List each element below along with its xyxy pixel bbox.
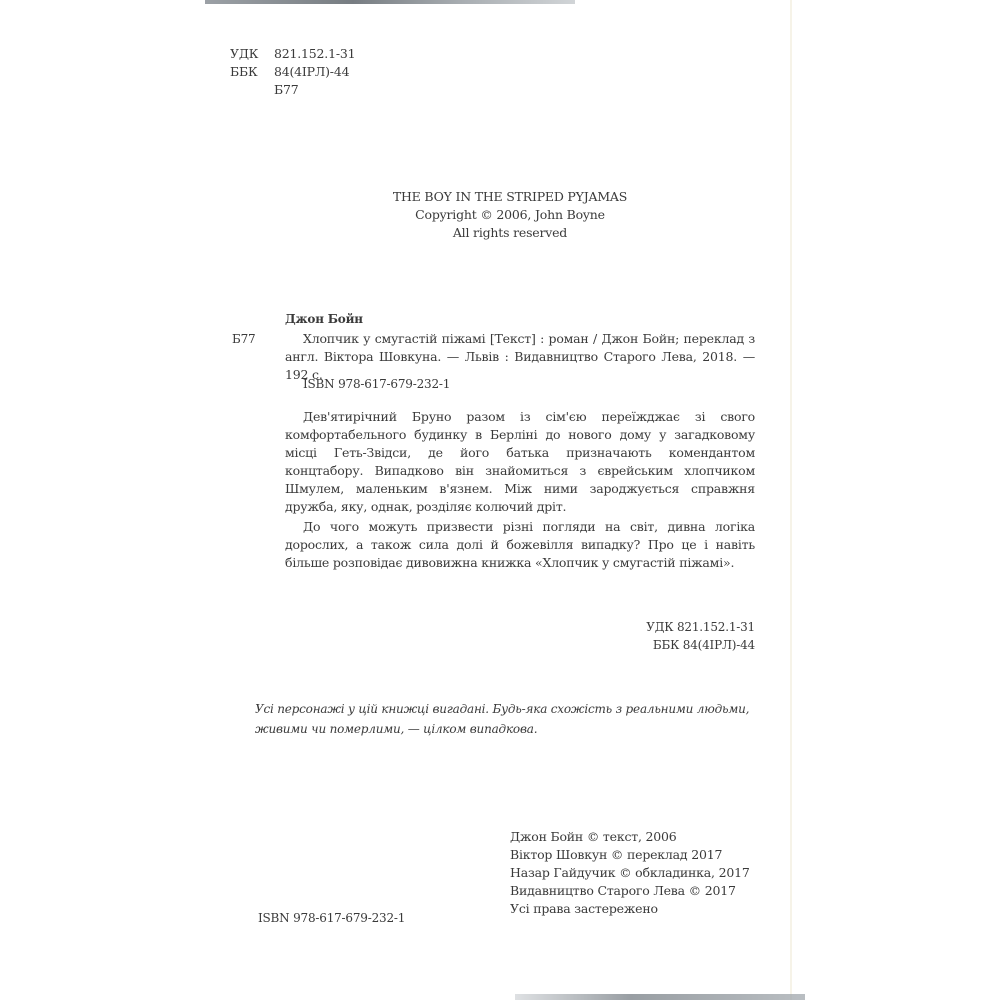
credits-block: Джон Бойн © текст, 2006 Віктор Шовкун © … (510, 828, 750, 918)
page-edge-bottom (515, 994, 805, 1000)
catalogue-author: Джон Бойн (285, 310, 363, 328)
original-copyright: Copyright © 2006, John Boyne (0, 206, 1000, 224)
summary-paragraph: До чого можуть призвести різні погляди н… (285, 518, 755, 572)
bbk-value: 84(4ІРЛ)-44 (274, 63, 349, 81)
credit-line: Віктор Шовкун © переклад 2017 (510, 846, 750, 864)
page-edge-top (205, 0, 575, 4)
original-rights: All rights reserved (0, 224, 1000, 242)
bbk-label: ББК (230, 63, 274, 81)
classification-block: УДК 821.152.1-31 ББК 84(4ІРЛ)-44 Б77 (230, 45, 355, 99)
bbk-row: ББК 84(4ІРЛ)-44 (230, 63, 355, 81)
catalogue-classification: УДК 821.152.1-31 ББК 84(4ІРЛ)-44 (555, 618, 755, 654)
page-edge-right (790, 0, 792, 1000)
fiction-disclaimer: Усі персонажі у цій книжці вигадані. Буд… (255, 699, 755, 739)
udk-row: УДК 821.152.1-31 (230, 45, 355, 63)
catalogue-isbn: ISBN 978-617-679-232-1 (303, 375, 450, 393)
credit-line: Джон Бойн © текст, 2006 (510, 828, 750, 846)
credit-line: Назар Гайдучик © обкладинка, 2017 (510, 864, 750, 882)
credit-line: Видавництво Старого Лева © 2017 (510, 882, 750, 900)
udk-label: УДК (230, 45, 274, 63)
book-summary: Дев'ятирічний Бруно разом із сім'єю пере… (285, 408, 755, 572)
catalogue-udk: УДК 821.152.1-31 (555, 618, 755, 636)
summary-paragraph: Дев'ятирічний Бруно разом із сім'єю пере… (285, 408, 755, 516)
catalogue-bbk: ББК 84(4ІРЛ)-44 (555, 636, 755, 654)
original-title: THE BOY IN THE STRIPED PYJAMAS (0, 188, 1000, 206)
original-copyright-block: THE BOY IN THE STRIPED PYJAMAS Copyright… (0, 188, 1000, 242)
bottom-isbn: ISBN 978-617-679-232-1 (258, 909, 405, 927)
credit-line: Усі права застережено (510, 900, 750, 918)
udk-value: 821.152.1-31 (274, 45, 355, 63)
catalogue-author-mark: Б77 (232, 330, 256, 348)
author-mark: Б77 (230, 81, 355, 99)
